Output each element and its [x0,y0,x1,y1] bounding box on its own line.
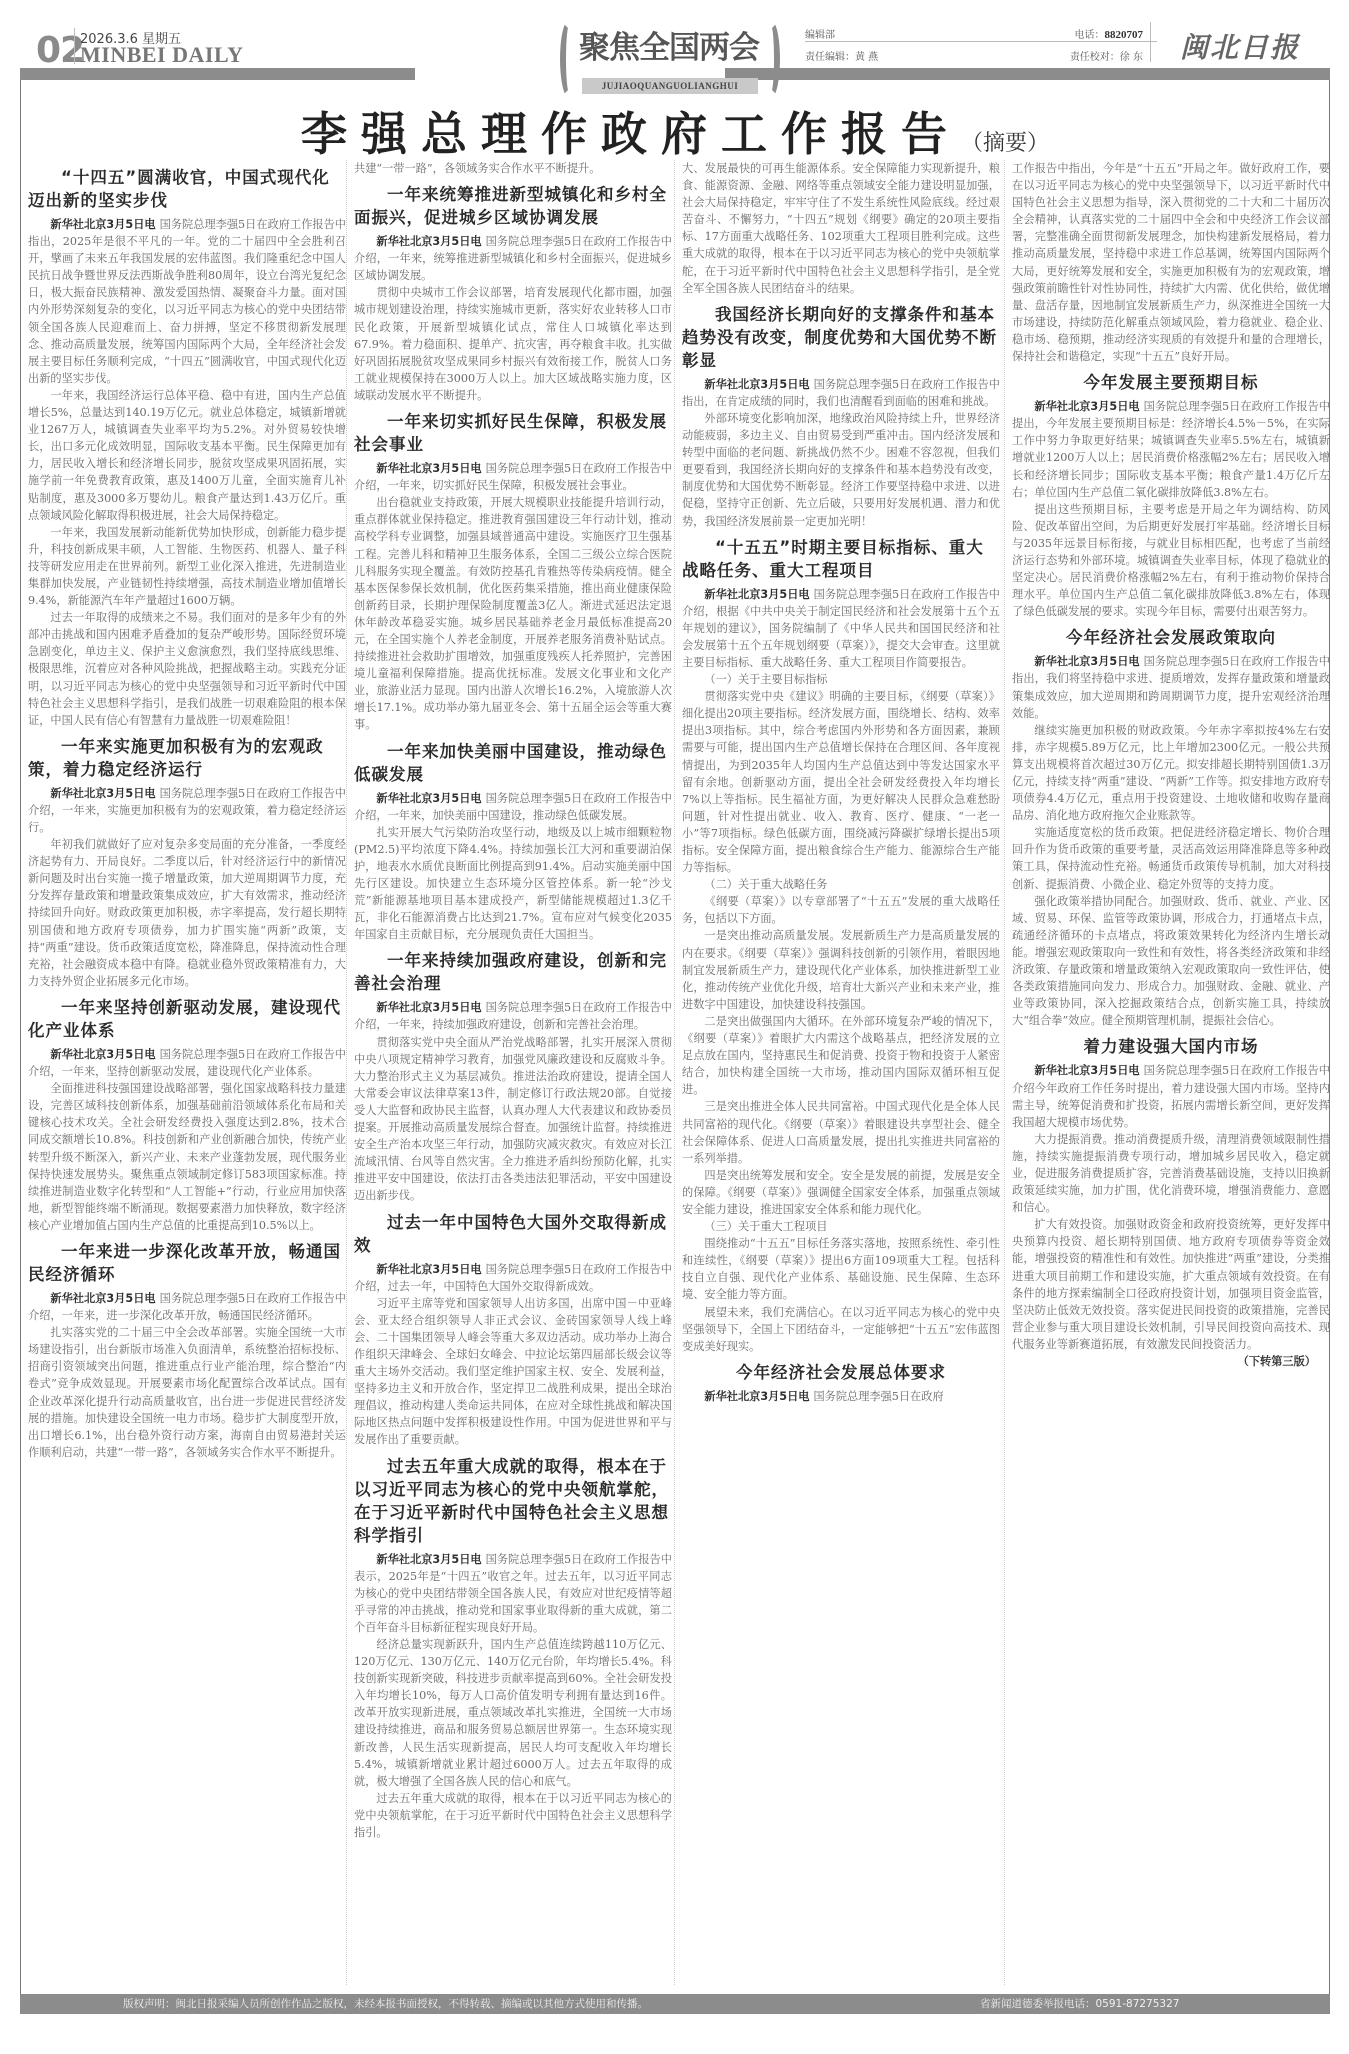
dateline: 新华社北京3月5日电 [376,1553,481,1566]
article: “十五五”时期主要目标指标、重大战略任务、重大工程项目新华社北京3月5日电国务院… [682,536,1000,1355]
paragraph-text: 国务院总理李强5日在政府工作报告中提出，今年发展主要预期目标是：经济增长4.5%… [1012,400,1330,498]
editor-label: 责任编辑：黄 燕 [805,48,878,63]
article-headline: “十五五”时期主要目标指标、重大战略任务、重大工程项目 [682,536,1000,582]
article-paragraph: 新华社北京3月5日电国务院总理李强5日在政府 [682,1388,1000,1405]
article-headline: 一年来坚持创新驱动发展，建设现代化产业体系 [28,996,346,1042]
paragraph-text: 继续实施更加积极的财政政策。今年赤字率拟按4%左右安排，赤字规模5.89万亿元，… [1012,724,1330,822]
paragraph-text: 扎实落实党的二十届三中全会改革部署。实施全国统一大市场建设指引，出台新版市场准入… [28,1326,346,1459]
paper-name-en: MINBEI DAILY [80,42,244,68]
article-paragraph: 扎实开展大气污染防治攻坚行动，地级及以上城市细颗粒物(PM2.5)平均浓度下降4… [354,824,672,944]
paragraph-text: 年初我们就做好了应对复杂多变局面的充分准备，一季度经济起势有力、开局良好。二季度… [28,838,346,988]
paragraph-text: 提出这些预期目标，主要考虑是开局之年为调结构、防风险、促改革留出空间，为后期更好… [1012,503,1330,619]
article-paragraph: （三）关于重大工程项目 [682,1218,1000,1235]
dateline: 新华社北京3月5日电 [50,1292,155,1305]
column-rule [674,160,675,1985]
dateline: 新华社北京3月5日电 [704,378,809,391]
column-1: “十四五”圆满收官，中国式现代化迈出新的坚实步伐新华社北京3月5日电国务院总理李… [28,160,346,1461]
article: 一年来持续加强政府建设，创新和完善社会治理新华社北京3月5日电国务院总理李强5日… [354,949,672,1204]
dateline: 新华社北京3月5日电 [376,462,481,475]
article: 一年来加快美丽中国建设，推动绿色低碳发展新华社北京3月5日电国务院总理李强5日在… [354,740,672,944]
dateline: 新华社北京3月5日电 [376,1263,481,1276]
article-paragraph: 经济总量实现新跃升，国内生产总值连续跨越110万亿元、120万亿元、130万亿元… [354,1636,672,1790]
paragraph-text: 国务院总理李强5日在政府工作报告中指出，2025年是很不平凡的一年。党的二十届四… [28,218,346,385]
article: 我国经济长期向好的支撑条件和基本趋势没有改变，制度优势和大国优势不断彰显新华社北… [682,303,1000,530]
article-paragraph: 大力提振消费。推动消费提质升级，清理消费领域限制性措施，持续实施提振消费专项行动… [1012,1131,1330,1216]
article-headline: 我国经济长期向好的支撑条件和基本趋势没有改变，制度优势和大国优势不断彰显 [682,303,1000,372]
proofreader-label: 责任校对：徐 东 [1070,48,1143,63]
article-headline: 今年经济社会发展总体要求 [682,1361,1000,1384]
article-paragraph: 新华社北京3月5日电国务院总理李强5日在政府工作报告中介绍，根据《中共中央关于制… [682,586,1000,671]
article-paragraph: （一）关于主要目标指标 [682,671,1000,688]
article-paragraph: 四是突出统筹发展和安全。安全是发展的前提，发展是安全的保障。《纲要（草案）》强调… [682,1167,1000,1218]
article-paragraph: 新华社北京3月5日电国务院总理李强5日在政府工作报告中介绍，一年来，统筹推进新型… [354,233,672,284]
newspaper-logo: 闽北日报 [1180,26,1300,66]
article-paragraph: 《纲要（草案）》以专章部署了“十五五”发展的重大战略任务，包括以下方面。 [682,893,1000,927]
dateline: 新华社北京3月5日电 [376,792,481,805]
masthead-vertical-divider [1150,22,1151,62]
article-continuation: 工作报告中指出，今年是“十五五”开局之年。做好政府工作，要在以习近平同志为核心的… [1012,160,1330,365]
paragraph-text: 强化政策举措协同配合。加强财政、货币、就业、产业、区域、贸易、环保、监管等政策协… [1012,895,1330,1028]
article: “十四五”圆满收官，中国式现代化迈出新的坚实步伐新华社北京3月5日电国务院总理李… [28,166,346,729]
article: 今年经济社会发展政策取向新华社北京3月5日电国务院总理李强5日在政府工作报告中指… [1012,626,1330,1029]
editorial-phone: 电话：8820707 [1075,26,1144,41]
dateline: 新华社北京3月5日电 [1034,655,1139,668]
dateline: 新华社北京3月5日电 [50,787,155,800]
article-paragraph: 实施适度宽松的货币政策。把促进经济稳定增长、物价合理回升作为货币政策的重要考量，… [1012,824,1330,892]
editorial-row-dept: 编辑部 电话：8820707 [805,22,1157,42]
article-continuation: 共建“一带一路”，各领域务实合作水平不断提升。 [354,160,672,177]
article-paragraph: 扎实落实党的二十届三中全会改革部署。实施全国统一大市场建设指引，出台新版市场准入… [28,1324,346,1461]
article-paragraph: 出台稳就业支持政策，开展大规模职业技能提升培训行动，重点群体就业保持稳定。推进教… [354,494,672,733]
article-paragraph: 全面推进科技强国建设战略部署，强化国家战略科技力量建设，完善区域科技创新体系，加… [28,1080,346,1234]
paragraph-text: 一年来，我国经济运行总体平稳、稳中有进，国内生产总值增长5%，总量达到140.1… [28,389,346,522]
article-headline: 一年来持续加强政府建设，创新和完善社会治理 [354,949,672,995]
article-paragraph: 一年来，我国发展新动能新优势加快形成，创新能力稳步提升，科技创新成果丰硕，人工智… [28,524,346,609]
column-3: 大、发展最快的可再生能源体系。安全保障能力实现新提升，粮食、能源资源、金融、网络… [682,160,1000,1405]
article-paragraph: 过去五年重大成就的取得，根本在于以习近平同志为核心的党中央领航掌舵，在于习近平新… [354,1790,672,1841]
dateline: 新华社北京3月5日电 [1034,1064,1139,1077]
masthead: 02 2026.3.6 星期五 MINBEI DAILY 聚焦全国两会 JUJI… [0,0,1349,80]
article-headline: 今年经济社会发展政策取向 [1012,626,1330,649]
article: 共建“一带一路”，各领域务实合作水平不断提升。一年来统筹推进新型城镇化和乡村全面… [354,160,672,404]
article-paragraph: 新华社北京3月5日电国务院总理李强5日在政府工作报告中介绍，过去一年，中国特色大… [354,1261,672,1295]
dateline: 新华社北京3月5日电 [376,235,481,248]
paragraph-text: 贯彻落实党中央《建议》明确的主要目标，《纲要（草案）》细化提出20项主要指标。经… [682,690,1000,874]
article: 今年经济社会发展总体要求新华社北京3月5日电国务院总理李强5日在政府 [682,1361,1000,1405]
article-paragraph: 新华社北京3月5日电国务院总理李强5日在政府工作报告中指出，在肯定成绩的同时，我… [682,376,1000,410]
article-paragraph: 过去一年取得的成绩来之不易。我们面对的是多年少有的外部冲击挑战和国内困难矛盾叠加… [28,609,346,729]
masthead-divider [74,28,75,64]
section-title: 聚焦全国两会 [574,22,764,67]
article-paragraph: 围绕推动“十五五”目标任务落实落地，按照系统性、牵引性和连续性，《纲要（草案）》… [682,1235,1000,1303]
article-continuation: 大、发展最快的可再生能源体系。安全保障能力实现新提升，粮食、能源资源、金融、网络… [682,160,1000,297]
article-paragraph: （二）关于重大战略任务 [682,876,1000,893]
dateline: 新华社北京3月5日电 [50,1048,155,1061]
dateline: 新华社北京3月5日电 [50,218,155,231]
dateline: 新华社北京3月5日电 [704,1390,809,1403]
article-paragraph: 扩大有效投资。加强财政资金和政府投资统筹，更好发挥中央预算内投资、超长期特别国债… [1012,1216,1330,1353]
ethics-hotline: 省新闻道德委举报电话：0591-87275327 [980,1994,1179,2014]
article-paragraph: 二是突出做强国内大循环。在外部环境复杂严峻的情况下，《纲要（草案）》着眼扩大内需… [682,1013,1000,1098]
article: 今年发展主要预期目标新华社北京3月5日电国务院总理李强5日在政府工作报告中提出，… [1012,371,1330,620]
paragraph-text: 大力提振消费。推动消费提质升级，清理消费领域限制性措施，持续实施提振消费专项行动… [1012,1133,1330,1214]
masthead-rule-left [20,68,415,80]
article-paragraph: 贯彻落实党中央《建议》明确的主要目标，《纲要（草案）》细化提出20项主要指标。经… [682,688,1000,876]
phone-number: 8820707 [1105,29,1144,41]
article-headline: 一年来实施更加积极有为的宏观政策，着力稳定经济运行 [28,735,346,781]
article-paragraph: 新华社北京3月5日电国务院总理李强5日在政府工作报告中介绍，一年来，持续加强政府… [354,999,672,1033]
article-paragraph: 继续实施更加积极的财政政策。今年赤字率拟按4%左右安排，赤字规模5.89万亿元，… [1012,722,1330,825]
article-paragraph: 一年来，我国经济运行总体平稳、稳中有进，国内生产总值增长5%，总量达到140.1… [28,387,346,524]
article: 一年来实施更加积极有为的宏观政策，着力稳定经济运行新华社北京3月5日电国务院总理… [28,735,346,990]
article-headline: 过去五年重大成就的取得，根本在于以习近平同志为核心的党中央领航掌舵，在于习近平新… [354,1455,672,1547]
column-2: 共建“一带一路”，各领域务实合作水平不断提升。一年来统筹推进新型城镇化和乡村全面… [354,160,672,1841]
article-paragraph: 外部环境变化影响加深，地缘政治风险持续上升，世界经济动能疲弱，多边主义、自由贸易… [682,410,1000,530]
paragraph-text: 贯彻落实党中央全面从严治党战略部署，扎实开展深入贯彻中央八项规定精神学习教育，加… [354,1036,672,1203]
article: 过去一年中国特色大国外交取得新成效新华社北京3月5日电国务院总理李强5日在政府工… [354,1211,672,1449]
paragraph-text: 围绕推动“十五五”目标任务落实落地，按照系统性、牵引性和连续性，《纲要（草案）》… [682,1237,1000,1301]
footer-bar: 版权声明：闽北日报采编人员所创作作品之版权，未经本报书面授权，不得转载、摘编或以… [20,1994,1330,2014]
article-headline: 今年发展主要预期目标 [1012,371,1330,394]
page-number: 02 [36,30,84,71]
paragraph-text: 习近平主席等党和国家领导人出访多国，出席中国－中亚峰会、亚太经合组织领导人非正式… [354,1297,672,1447]
dateline: 新华社北京3月5日电 [1034,400,1139,413]
article-paragraph: 提出这些预期目标，主要考虑是开局之年为调结构、防风险、促改革留出空间，为后期更好… [1012,501,1330,621]
paragraph-text: 《纲要（草案）》以专章部署了“十五五”发展的重大战略任务，包括以下方面。 [682,895,1000,925]
paragraph-text: 出台稳就业支持政策，开展大规模职业技能提升培训行动，重点群体就业保持稳定。推进教… [354,496,672,731]
column-rule [346,160,347,1985]
paragraph-text: 贯彻中央城市工作会议部署，培育发展现代化都市圈，加强城市规划建设治理，持续实施城… [354,286,672,402]
article-paragraph: 新华社北京3月5日电国务院总理李强5日在政府工作报告中指出，我们将坚持稳中求进、… [1012,653,1330,721]
article-paragraph: 展望未来，我们充满信心。在以习近平同志为核心的党中央坚强领导下，全国上下团结奋斗… [682,1304,1000,1355]
paragraph-text: （二）关于重大战略任务 [704,878,827,891]
article: 着力建设强大国内市场新华社北京3月5日电国务院总理李强5日在政府工作报告中介绍今… [1012,1035,1330,1353]
article-headline: 着力建设强大国内市场 [1012,1035,1330,1058]
continued-on-page-note[interactable]: （下转第三版） [1215,1353,1316,1370]
article-paragraph: 新华社北京3月5日电国务院总理李强5日在政府工作报告中介绍，一年来，进一步深化改… [28,1290,346,1324]
paragraph-text: 三是突出推进全体人民共同富裕。中国式现代化是全体人民共同富裕的现代化。《纲要（草… [682,1100,1000,1164]
column-4: 工作报告中指出，今年是“十五五”开局之年。做好政府工作，要在以习近平同志为核心的… [1012,160,1330,1370]
editorial-row-staff: 责任编辑：黄 燕 责任校对：徐 东 [805,44,1157,64]
paragraph-text: 展望未来，我们充满信心。在以习近平同志为核心的党中央坚强领导下，全国上下团结奋斗… [682,1306,1000,1353]
article-paragraph: 新华社北京3月5日电国务院总理李强5日在政府工作报告中提出，今年发展主要预期目标… [1012,398,1330,501]
column-rule [1004,160,1005,1985]
page-headline: 李强总理作政府工作报告（摘要） [20,98,1330,164]
paragraph-text: 全面推进科技强国建设战略部署，强化国家战略科技力量建设，完善区域科技创新体系，加… [28,1082,346,1232]
paragraph-text: 一是突出推动高质量发展。发展新质生产力是高质量发展的内在要求。《纲要（草案）》强… [682,929,1000,1010]
article-paragraph: 新华社北京3月5日电国务院总理李强5日在政府工作报告中介绍，一年来，实施更加积极… [28,785,346,836]
article-paragraph: 新华社北京3月5日电国务院总理李强5日在政府工作报告中介绍，一年来，切实抓好民生… [354,460,672,494]
paragraph-text: 四是突出统筹发展和安全。安全是发展的前提，发展是安全的保障。《纲要（草案）》强调… [682,1169,1000,1216]
article-paragraph: 新华社北京3月5日电国务院总理李强5日在政府工作报告中表示，2025年是“十四五… [354,1551,672,1636]
article: 工作报告中指出，今年是“十五五”开局之年。做好政府工作，要在以习近平同志为核心的… [1012,160,1330,365]
paragraph-text: 实施适度宽松的货币政策。把促进经济稳定增长、物价合理回升作为货币政策的重要考量，… [1012,826,1330,890]
paragraph-text: 一年来，我国发展新动能新优势加快形成，创新能力稳步提升，科技创新成果丰硕，人工智… [28,526,346,607]
headline-main: 李强总理作政府工作报告 [301,107,961,161]
paragraph-text: 经济总量实现新跃升，国内生产总值连续跨越110万亿元、120万亿元、130万亿元… [354,1638,672,1788]
dateline: 新华社北京3月5日电 [704,588,809,601]
article: 一年来切实抓好民生保障，积极发展社会事业新华社北京3月5日电国务院总理李强5日在… [354,410,672,734]
article-paragraph: 一是突出推动高质量发展。发展新质生产力是高质量发展的内在要求。《纲要（草案）》强… [682,927,1000,1012]
article-paragraph: 三是突出推进全体人民共同富裕。中国式现代化是全体人民共同富裕的现代化。《纲要（草… [682,1098,1000,1166]
article-paragraph: 新华社北京3月5日电国务院总理李强5日在政府工作报告中介绍，一年来，坚持创新驱动… [28,1046,346,1080]
article-headline: 一年来进一步深化改革开放，畅通国民经济循环 [28,1240,346,1286]
article-paragraph: 新华社北京3月5日电国务院总理李强5日在政府工作报告中指出，2025年是很不平凡… [28,216,346,387]
article-headline: 过去一年中国特色大国外交取得新成效 [354,1211,672,1257]
article: 大、发展最快的可再生能源体系。安全保障能力实现新提升，粮食、能源资源、金融、网络… [682,160,1000,297]
paragraph-text: （一）关于主要目标指标 [704,673,827,686]
editorial-dept-label: 编辑部 [805,26,835,41]
article-paragraph: 年初我们就做好了应对复杂多变局面的充分准备，一季度经济起势有力、开局良好。二季度… [28,836,346,990]
article-paragraph: 强化政策举措协同配合。加强财政、货币、就业、产业、区域、贸易、环保、监管等政策协… [1012,893,1330,1030]
article-headline: 一年来切实抓好民生保障，积极发展社会事业 [354,410,672,456]
paragraph-text: （三）关于重大工程项目 [704,1220,827,1233]
article-paragraph: 新华社北京3月5日电国务院总理李强5日在政府工作报告中介绍今年政府工作任务时提出… [1012,1062,1330,1130]
article: 过去五年重大成就的取得，根本在于以习近平同志为核心的党中央领航掌舵，在于习近平新… [354,1455,672,1842]
article-paragraph: 贯彻中央城市工作会议部署，培育发展现代化都市圈，加强城市规划建设治理，持续实施城… [354,284,672,404]
masthead-rule-right [725,68,1330,80]
article: 一年来进一步深化改革开放，畅通国民经济循环新华社北京3月5日电国务院总理李强5日… [28,1240,346,1461]
paragraph-text: 扩大有效投资。加强财政资金和政府投资统筹，更好发挥中央预算内投资、超长期特别国债… [1012,1218,1330,1351]
article-headline: 一年来统筹推进新型城镇化和乡村全面振兴，促进城乡区域协调发展 [354,183,672,229]
phone-label: 电话： [1075,30,1105,41]
article-headline: 一年来加快美丽中国建设，推动绿色低碳发展 [354,740,672,786]
paragraph-text: 国务院总理李强5日在政府 [813,1390,943,1403]
article-paragraph: 新华社北京3月5日电国务院总理李强5日在政府工作报告中介绍，一年来，加快美丽中国… [354,790,672,824]
editorial-info: 编辑部 电话：8820707 责任编辑：黄 燕 责任校对：徐 东 [805,22,1157,66]
paragraph-text: 二是突出做强国内大循环。在外部环境复杂严峻的情况下，《纲要（草案）》着眼扩大内需… [682,1015,1000,1096]
paragraph-text: 扎实开展大气污染防治攻坚行动，地级及以上城市细颗粒物(PM2.5)平均浓度下降4… [354,826,672,942]
headline-sub: （摘要） [961,131,1049,156]
dateline: 新华社北京3月5日电 [376,1001,481,1014]
article-headline: “十四五”圆满收官，中国式现代化迈出新的坚实步伐 [28,166,346,212]
paragraph-text: 外部环境变化影响加深，地缘政治风险持续上升，世界经济动能疲弱，多边主义、自由贸易… [682,412,1000,528]
paragraph-text: 过去五年重大成就的取得，根本在于以习近平同志为核心的党中央领航掌舵，在于习近平新… [354,1792,672,1839]
paragraph-text: 过去一年取得的成绩来之不易。我们面对的是多年少有的外部冲击挑战和国内困难矛盾叠加… [28,611,346,727]
copyright-notice: 版权声明：闽北日报采编人员所创作作品之版权，未经本报书面授权，不得转载、摘编或以… [123,1994,648,2014]
article-paragraph: 贯彻落实党中央全面从严治党战略部署，扎实开展深入贯彻中央八项规定精神学习教育，加… [354,1034,672,1205]
article-paragraph: 习近平主席等党和国家领导人出访多国，出席中国－中亚峰会、亚太经合组织领导人非正式… [354,1295,672,1449]
article: 一年来坚持创新驱动发展，建设现代化产业体系新华社北京3月5日电国务院总理李强5日… [28,996,346,1234]
